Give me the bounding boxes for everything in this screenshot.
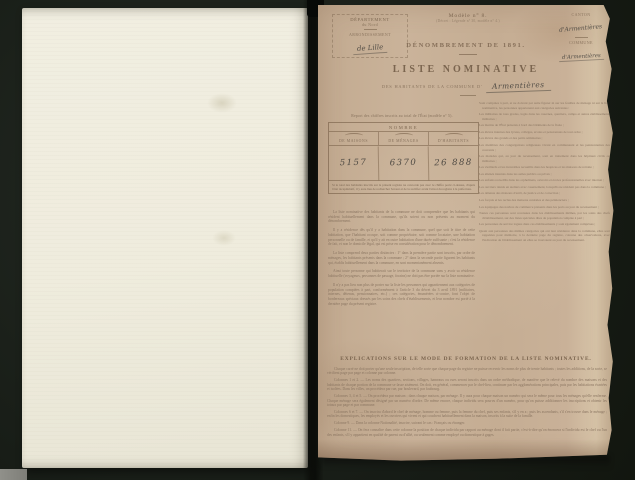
instruction-paragraph: Il y a résidence dès qu'il y a habitatio…: [328, 228, 475, 247]
model-note: (Décret : Légende n° 30, modèle n° 4.): [416, 19, 520, 23]
value-habitants: 26 888: [428, 146, 479, 181]
counted-apart-item: Les vieillards et les incurables recueil…: [479, 165, 610, 170]
canton-block: CANTON d'Armentières COMMUNE d'Armentièr…: [554, 12, 608, 63]
column-label: DE MAISONS: [339, 139, 368, 143]
scanner-strip: [0, 469, 27, 480]
divider: [460, 95, 476, 96]
counted-apart-item: Les élèves des grands et des petits sémi…: [479, 136, 610, 141]
explanation-paragraph: Chaque carré ne doit porter qu'une seule…: [327, 367, 607, 376]
divider: [459, 54, 477, 55]
commune-handwritten: d'Armentières: [558, 53, 603, 62]
subtitle-label: DES HABITANTS DE LA COMMUNE D': [382, 84, 483, 89]
instructions-right-column: Sont comptées à part, et ne doivent par …: [479, 101, 610, 245]
instruction-paragraph: Ainsi toute personne qui habiterait sur …: [328, 269, 475, 278]
column-header-menages: DE MÉNAGES: [378, 132, 428, 145]
page-title: LISTE NOMINATIVE: [318, 64, 614, 75]
model-block: Modèle n° 8. (Décret : Légende n° 30, mo…: [416, 13, 520, 23]
flourish: [345, 133, 363, 138]
instruction-paragraph: La liste nominative des habitants de la …: [328, 210, 475, 224]
summary-table-header: NOMBRE: [329, 123, 478, 132]
counted-apart-item: Les élèves internes des lycées, collèges…: [479, 130, 610, 135]
counted-apart-item: Les détenus des maisons d'arrêt, de just…: [479, 191, 610, 196]
canton-handwritten: d'Armentières: [559, 23, 603, 34]
counted-apart-item: Les ouvriers réunis en ateliers avec cas…: [479, 185, 610, 190]
flourish: [445, 133, 463, 138]
summary-table: NOMBRE DE MAISONS DE MÉNAGES D'HABITANTS…: [328, 122, 479, 194]
value-menages: 6370: [378, 146, 429, 181]
summary-table-footnote: Si le total des habitants inscrits sur l…: [329, 181, 478, 193]
census-title-page: DÉPARTEMENT du Nord ARRONDISSEMENT de Li…: [318, 5, 614, 462]
counted-apart-item: Les membres des congrégations religieuse…: [479, 143, 610, 152]
census-year-title: DÉNOMBREMENT DE 1891.: [318, 42, 614, 49]
commune-name-handwritten: Armentières: [485, 80, 550, 93]
explanations-paragraphs: Chaque carré ne doit porter qu'une seule…: [327, 367, 607, 440]
counted-apart-item: Les personnes de service logées dans ces…: [479, 222, 610, 227]
counted-apart-item: Les marins de l'État présents à bord des…: [479, 123, 610, 128]
instruction-paragraph: La liste comprend deux parties distincte…: [328, 251, 475, 265]
department-value: du Nord: [334, 22, 406, 27]
column-header-habitants: D'HABITANTS: [428, 132, 478, 145]
counted-apart-item: Les enfants recueillis dans les orphelin…: [479, 178, 610, 183]
explanation-paragraph: Colonne 9. — Dans la colonne Nationalité…: [327, 421, 607, 425]
instructions-left-column: La liste nominative des habitants de la …: [328, 210, 475, 310]
arrondissement-label: ARRONDISSEMENT: [334, 32, 406, 37]
column-label: D'HABITANTS: [438, 139, 469, 143]
instruction-paragraph: Il n'y a pas lieu non plus de porter sur…: [328, 283, 475, 307]
counted-apart-item: Les aliénés internés dans les asiles pub…: [479, 172, 610, 177]
explanation-paragraph: Colonnes 3, 4 et 5. — On procédera par m…: [327, 394, 607, 407]
divider: [364, 29, 377, 30]
left-blank-page: [22, 8, 308, 468]
counted-apart-item: Quant aux personnes des mêmes catégories…: [479, 229, 610, 243]
value-maisons: 5157: [329, 146, 379, 181]
explanation-paragraph: Colonnes 6 et 7. — On inscrira d'abord l…: [327, 410, 607, 419]
summary-table-caption: Report des chiffres inscrits au total de…: [326, 114, 478, 118]
counted-apart-item: Sont comptées à part, et ne doivent par …: [479, 101, 610, 110]
explanation-paragraph: Colonne 11. — On fera connaître dans cet…: [327, 428, 607, 437]
counted-apart-item: Toutes ces personnes sont recensées dans…: [479, 211, 610, 220]
department-block: DÉPARTEMENT du Nord ARRONDISSEMENT de Li…: [332, 14, 408, 58]
explanation-paragraph: Colonnes 1 et 2. — Les noms des quartier…: [327, 378, 607, 391]
explanations-heading: EXPLICATIONS SUR LE MODE DE FORMATION DE…: [318, 356, 614, 362]
canton-label: CANTON: [554, 12, 608, 17]
book-scan: DÉPARTEMENT du Nord ARRONDISSEMENT de Li…: [0, 0, 635, 480]
subtitle: DES HABITANTS DE LA COMMUNE D'Armentière…: [318, 81, 614, 92]
divider: [575, 37, 588, 38]
summary-table-columns: DE MAISONS DE MÉNAGES D'HABITANTS: [329, 132, 478, 146]
counted-apart-item: Les équipages des navires de commerce pr…: [479, 205, 610, 210]
counted-apart-item: Les forçats et les reclus des maisons ce…: [479, 198, 610, 203]
counted-apart-item: Les militaires de tous grades, logés dan…: [479, 112, 610, 121]
summary-table-values: 5157 6370 26 888: [329, 146, 478, 181]
column-label: DE MÉNAGES: [388, 139, 418, 143]
counted-apart-item: Les malades qui, au jour du recensement,…: [479, 154, 610, 163]
column-header-maisons: DE MAISONS: [329, 132, 378, 145]
flourish: [395, 133, 413, 138]
